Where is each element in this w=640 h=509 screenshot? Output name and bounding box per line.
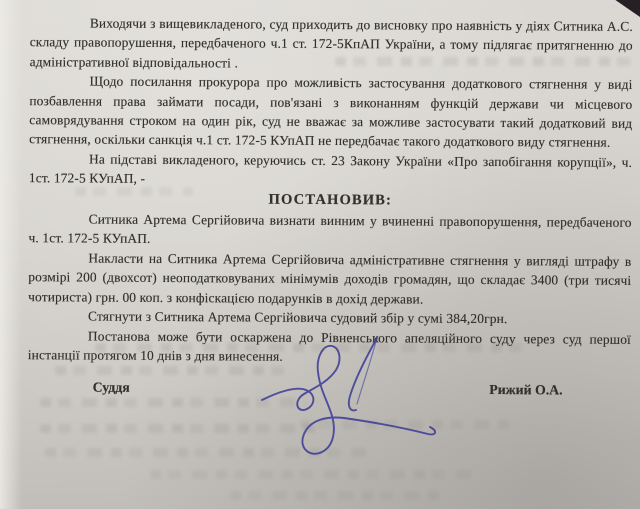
paragraph-guilty-verdict: Ситника Артема Сергійовича визнати винни… bbox=[28, 209, 631, 251]
bleed-through-smudge bbox=[230, 491, 440, 500]
paragraph-prosecutor-reference: Щодо посилання прокурора про можливість … bbox=[29, 71, 632, 152]
paragraph-legal-basis: На підставі викладеного, керуючись ст. 2… bbox=[29, 149, 632, 191]
judge-name: Рижий О.А. bbox=[489, 380, 562, 400]
ruling-heading: ПОСТАНОВИВ: bbox=[29, 189, 632, 212]
judge-label: Суддя bbox=[93, 378, 130, 398]
paragraph-fine: Накласти на Ситника Артема Сергійовича а… bbox=[28, 248, 631, 310]
document-photo: Виходячи з вищевикладеного, суд приходит… bbox=[0, 0, 640, 509]
paragraph-conclusion: Виходячи з вищевикладеного, суд приходит… bbox=[30, 13, 633, 75]
handwritten-signature bbox=[248, 324, 488, 484]
